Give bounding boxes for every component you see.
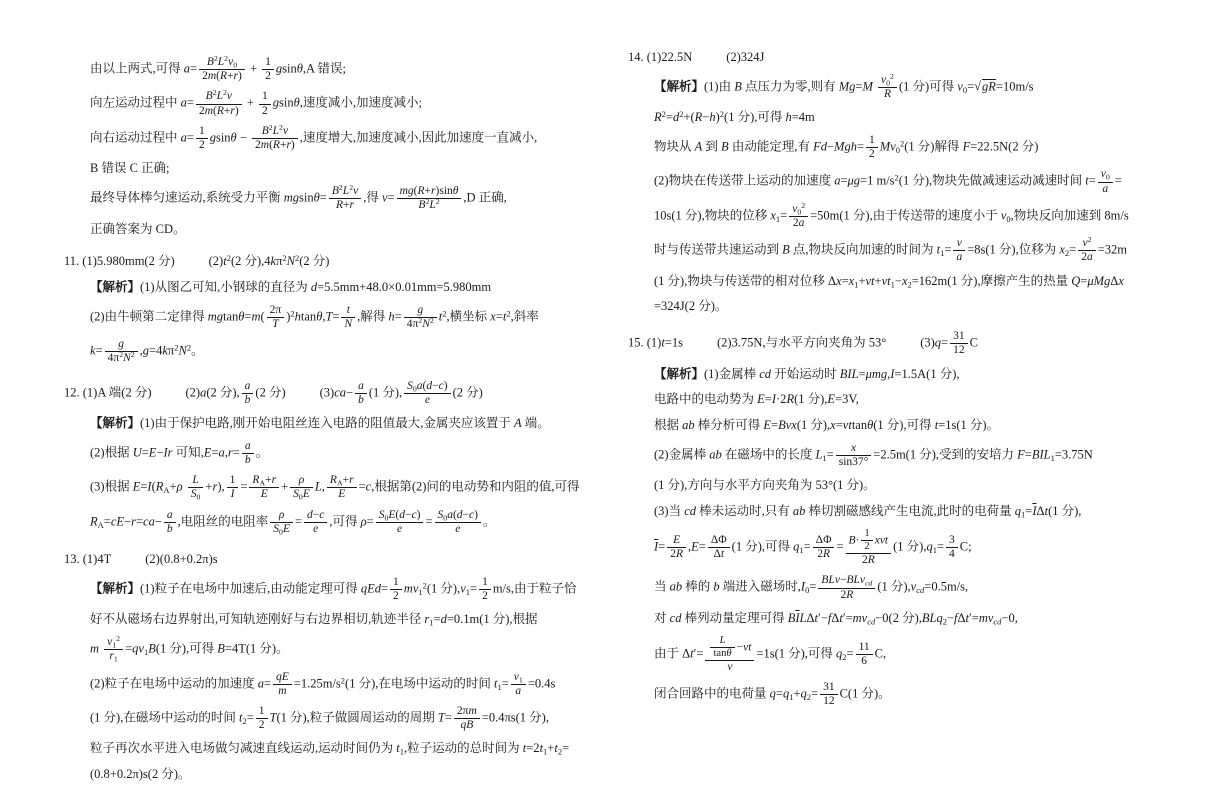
fraction: 3112 [950, 330, 968, 357]
solution-text-line: R2=d2+(R−h)2(1 分),可得 h=4m [628, 108, 1158, 127]
solution-text-line: 根据 ab 棒分析可得 E=Bvx(1 分),x=vttanθ(1 分),可得 … [628, 416, 1158, 435]
fraction: RA+rE [327, 474, 357, 501]
fraction: B2L2v02m(R+r) [199, 56, 245, 83]
solution-text-line: (2)物块在传送带上运动的加速度 a=μg=1 m/s2(1 分),物块先做减速… [628, 168, 1158, 195]
solution-text-line: (2)根据 U=E−Ir 可知,E=a,r=ab。 [64, 440, 616, 467]
fraction: v0a [1098, 168, 1113, 195]
fraction: ρS0E [290, 474, 313, 501]
fraction: LS0 [188, 474, 204, 501]
fraction: ab [164, 509, 176, 536]
fraction: mg(R+r)sinθB2L2 [397, 185, 462, 212]
fraction: 1I [227, 474, 239, 501]
fraction: 34 [946, 534, 958, 561]
fraction: S0a(d−c)e [435, 509, 481, 536]
fraction: BLv−BLvcd2R [818, 574, 875, 601]
fraction: v022a [789, 203, 808, 230]
solution-text-line: (0.8+0.2π)s(2 分)。 [64, 765, 616, 784]
solution-text-line: 【解析】(1)由 B 点压力为零,则有 Mg=M v02R(1 分)可得 v0=… [628, 74, 1158, 101]
problem-answer-line: 12. (1)A 端(2 分)(2)a(2 分),ab(2 分)(3)ca−ab… [64, 380, 616, 407]
solution-text-line: (2)粒子在电场中运动的加速度 a=qEm=1.25m/s2(1 分),在电场中… [64, 671, 616, 698]
problem-answer-line: 14. (1)22.5N(2)324J [628, 48, 1158, 67]
right-column: 14. (1)22.5N(2)324J【解析】(1)由 B 点压力为零,则有 M… [628, 48, 1158, 716]
fraction: B2L2v2m(R+r) [196, 90, 242, 117]
fraction: S0a(d−c)e [404, 380, 450, 407]
solution-text-line: k=g4π2N2,g=4kπ2N2。 [64, 338, 616, 365]
solution-text-line: RA=cE−r=ca−ab,电阻丝的电阻率ρS0E=d−ce,可得 ρ=S0E(… [64, 509, 616, 536]
fraction: B·12xvt2R [846, 528, 892, 568]
fraction: 12 [256, 705, 268, 732]
fraction: 12 [259, 90, 271, 117]
solution-text-line: 【解析】(1)由于保护电路,刚开始电阻丝连入电路的阻值最大,金属夹应该置于 A … [64, 414, 616, 433]
solution-text-line: 闭合回路中的电荷量 q=q1+q2=3112C(1 分)。 [628, 681, 1158, 708]
fraction: RA+rE [249, 474, 279, 501]
fraction: ab [355, 380, 367, 407]
solution-text-line: 向左运动过程中 a=B2L2v2m(R+r) + 12gsinθ,速度减小,加速… [64, 90, 616, 117]
solution-text-line: 最终导体棒匀速运动,系统受力平衡 mgsinθ=B2L2vR+r,得 v=mg(… [64, 185, 616, 212]
fraction: 2πmqB [454, 705, 480, 732]
fraction: ab [242, 440, 254, 467]
fraction: g4π2N2 [105, 338, 138, 365]
fraction: B2L2vR+r [329, 185, 361, 212]
fraction: v1a [511, 671, 526, 698]
solution-text-line: (3)当 cd 棒未运动时,只有 ab 棒切割磁感线产生电流,此时的电荷量 q1… [628, 502, 1158, 521]
solution-text-line: I=E2R,E=ΔΦΔt(1 分),可得 q1=ΔΦ2R=B·12xvt2R(1… [628, 528, 1158, 568]
solution-text-line: (1 分),在磁场中运动的时间 t2=12T(1 分),粒子做圆周运动的周期 T… [64, 705, 616, 732]
fraction: v12r1 [104, 636, 123, 663]
fraction: 3112 [820, 681, 838, 708]
solution-text-line: 【解析】(1)粒子在电场中加速后,由动能定理可得 qEd=12mv12(1 分)… [64, 576, 616, 603]
solution-text-line: 由于 Δt′=Ltanθ−vtv=1s(1 分),可得 q2=116C, [628, 635, 1158, 675]
fraction: qEm [273, 671, 292, 698]
solution-text-line: =324J(2 分)。 [628, 297, 1158, 316]
fraction: S0E(d−c)e [376, 509, 424, 536]
fraction: 116 [856, 641, 873, 668]
fraction: g4π2N2 [404, 304, 437, 331]
left-column: 由以上两式,可得 a=B2L2v02m(R+r) + 12gsinθ,A 错误;… [64, 56, 616, 791]
fraction: tN [341, 304, 355, 331]
fraction: ρS0E [270, 509, 293, 536]
fraction: ΔΦ2R [813, 534, 835, 561]
fraction: 12 [196, 125, 208, 152]
solution-text-line: 物块从 A 到 B 由动能定理,有 Fd−Mgh=12Mv02(1 分)解得 F… [628, 134, 1158, 161]
solution-text-line: 10s(1 分),物块的位移 x1=v022a=50m(1 分),由于传送带的速… [628, 203, 1158, 230]
fraction: v02R [878, 74, 897, 101]
solution-text-line: 粒子再次水平进入电场做匀减速直线运动,运动时间仍为 t1,粒子运动的总时间为 t… [64, 739, 616, 758]
solution-text-line: 【解析】(1)金属棒 cd 开始运动时 BIL=μmg,I=1.5A(1 分), [628, 365, 1158, 384]
problem-answer-line: 11. (1)5.980mm(2 分)(2)t2(2 分),4kπ2N2(2 分… [64, 252, 616, 271]
fraction: 12 [262, 56, 274, 83]
radical-sign: √ [974, 79, 981, 93]
solution-text-line: 由以上两式,可得 a=B2L2v02m(R+r) + 12gsinθ,A 错误; [64, 56, 616, 83]
fraction: 2πT [267, 304, 285, 331]
fraction: 12 [866, 134, 878, 161]
solution-text-line: m v12r1=qv1B(1 分),可得 B=4T(1 分)。 [64, 636, 616, 663]
fraction: E2R [667, 534, 686, 561]
fraction: v22a [1078, 237, 1096, 264]
fraction: 12 [479, 576, 491, 603]
fraction: xsin37° [836, 442, 872, 469]
solution-text-line: (2)金属棒 ab 在磁场中的长度 L1=xsin37°=2.5m(1 分),受… [628, 442, 1158, 469]
solution-text-line: (1 分),物块与传送带的相对位移 Δx=x1+vt+vt1−x2=162m(1… [628, 272, 1158, 291]
solution-text-line: 正确答案为 CD。 [64, 220, 616, 239]
fraction: d−ce [304, 509, 327, 536]
solution-text-line: 对 cd 棒列动量定理可得 BILΔt′−fΔt′=mvcd−0(2 分),BL… [628, 609, 1158, 628]
fraction: Ltanθ−vtv [705, 635, 754, 675]
solution-text-line: (3)根据 E=I(RA+ρ LS0+r),1I=RA+rE+ρS0EL,RA+… [64, 474, 616, 501]
solution-text-line: 时与传送带共速运动到 B 点,物块反向加速的时间为 t1=va=8s(1 分),… [628, 237, 1158, 264]
solution-text-line: (1 分),方向与水平方向夹角为 53°(1 分)。 [628, 476, 1158, 495]
solution-text-line: 好不从磁场右边界射出,可知轨迹刚好与右边界相切,轨迹半径 r1=d=0.1m(1… [64, 610, 616, 629]
fraction: 12 [861, 528, 872, 553]
solution-text-line: B 错误 C 正确; [64, 159, 616, 178]
fraction: ΔΦΔt [708, 534, 730, 561]
fraction: ab [242, 380, 254, 407]
document-page: 由以上两式,可得 a=B2L2v02m(R+r) + 12gsinθ,A 错误;… [0, 0, 1216, 800]
fraction: B2L2v2m(R+r) [252, 125, 298, 152]
problem-answer-line: 13. (1)4T(2)(0.8+0.2π)s [64, 550, 616, 569]
fraction: Ltanθ [710, 635, 734, 660]
solution-text-line: 【解析】(1)从图乙可知,小钢球的直径为 d=5.5mm+48.0×0.01mm… [64, 278, 616, 297]
solution-text-line: 电路中的电动势为 E=I·2R(1 分),E=3V, [628, 390, 1158, 409]
solution-text-line: 当 ab 棒的 b 端进入磁场时,I0=BLv−BLvcd2R(1 分),vcd… [628, 574, 1158, 601]
solution-text-line: (2)由牛顿第二定律得 mgtanθ=m(2πT)2htanθ,T=tN,解得 … [64, 304, 616, 331]
fraction: va [953, 237, 965, 264]
fraction: 12 [390, 576, 402, 603]
problem-answer-line: 15. (1)t=1s(2)3.75N,与水平方向夹角为 53°(3)q=311… [628, 330, 1158, 357]
solution-text-line: 向右运动过程中 a=12gsinθ − B2L2v2m(R+r),速度增大,加速… [64, 125, 616, 152]
